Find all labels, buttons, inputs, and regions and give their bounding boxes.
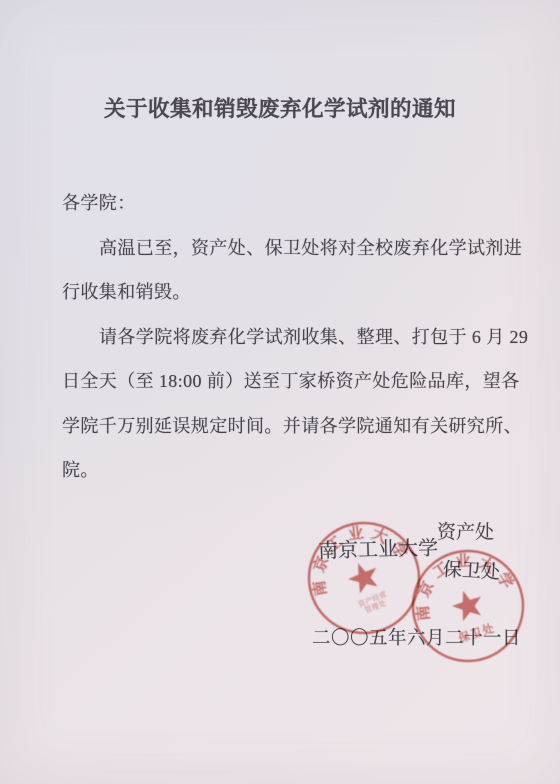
signature-date: 二〇〇五年六月二十一日	[312, 624, 521, 650]
signature-university-name: 南京工业大学	[318, 531, 439, 563]
scanned-notice-page: 关于收集和销毁废弃化学试剂的通知 各学院： 高温已至，资产处、保卫处将对全校废弃…	[0, 0, 560, 784]
body-line-1: 高温已至，资产处、保卫处将对全校废弃化学试剂进	[62, 226, 522, 271]
notice-body: 各学院： 高温已至，资产处、保卫处将对全校废弃化学试剂进 行收集和销毁。 请各学…	[62, 181, 522, 493]
seal-inner-text-1: 资产经营	[357, 589, 388, 609]
seal-inner-text-2: 管理处	[363, 598, 387, 615]
body-line-5: 学院千万别延误规定时间。并请各学院通知有关研究所、	[62, 404, 522, 449]
signature-security-office: 保卫处	[442, 555, 500, 585]
body-line-2: 行收集和销毁。	[62, 270, 522, 315]
body-line-3: 请各学院将废弃化学试剂收集、整理、打包于 6 月 29	[62, 315, 522, 360]
body-line-4: 日全天（至 18:00 前）送至丁家桥资产处危险品库，望各	[62, 359, 522, 404]
body-line-6: 院。	[62, 448, 522, 493]
star-icon	[449, 586, 487, 623]
salutation-line: 各学院：	[62, 181, 522, 226]
notice-title: 关于收集和销毁废弃化学试剂的通知	[0, 92, 560, 123]
star-icon	[344, 557, 383, 595]
signature-asset-office: 资产处	[437, 517, 494, 544]
